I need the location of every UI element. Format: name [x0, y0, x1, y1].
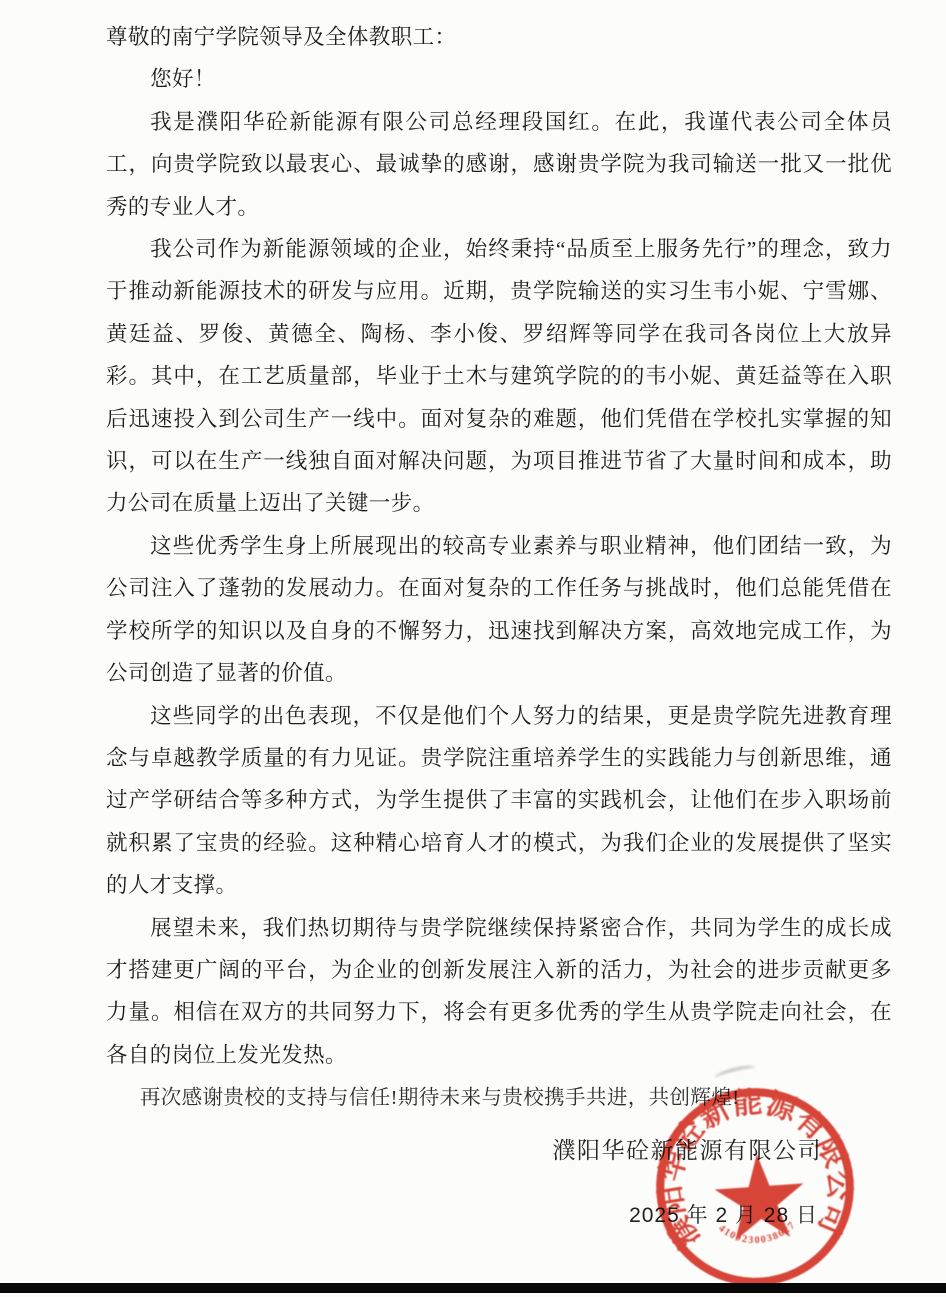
letter-paragraphs: 我是濮阳华砼新能源有限公司总经理段国红。在此，我谨代表公司全体员工，向贵学院致以…	[106, 101, 892, 1076]
paragraph: 展望未来，我们热切期待与贵学院继续保持紧密合作，共同为学生的成长成才搭建更广阔的…	[106, 907, 892, 1077]
salutation-line: 尊敬的南宁学院领导及全体教职工：	[106, 16, 892, 58]
seal-company-name: 濮阳华砼新能源有限公司	[647, 1079, 859, 1255]
scan-black-bar	[0, 1283, 946, 1293]
paragraph: 我公司作为新能源领域的企业，始终秉持“品质至上服务先行”的理念，致力于推动新能源…	[106, 228, 892, 525]
paragraph: 这些优秀学生身上所展现出的较高专业素养与职业精神，他们团结一致，为公司注入了蓬勃…	[106, 525, 892, 695]
letter-body: 尊敬的南宁学院领导及全体教职工： 您好！ 我是濮阳华砼新能源有限公司总经理段国红…	[106, 16, 892, 1237]
company-seal: 濮阳华砼新能源有限公司 4109230038627	[641, 1073, 869, 1297]
document-page: 尊敬的南宁学院领导及全体教职工： 您好！ 我是濮阳华砼新能源有限公司总经理段国红…	[0, 0, 946, 1297]
paragraph: 我是濮阳华砼新能源有限公司总经理段国红。在此，我谨代表公司全体员工，向贵学院致以…	[106, 101, 892, 228]
seal-serial-number: 4109230038627	[716, 1218, 799, 1249]
greeting-line: 您好！	[106, 58, 892, 100]
paragraph: 这些同学的出色表现，不仅是他们个人努力的结果，更是贵学院先进教育理念与卓越教学质…	[106, 695, 892, 907]
